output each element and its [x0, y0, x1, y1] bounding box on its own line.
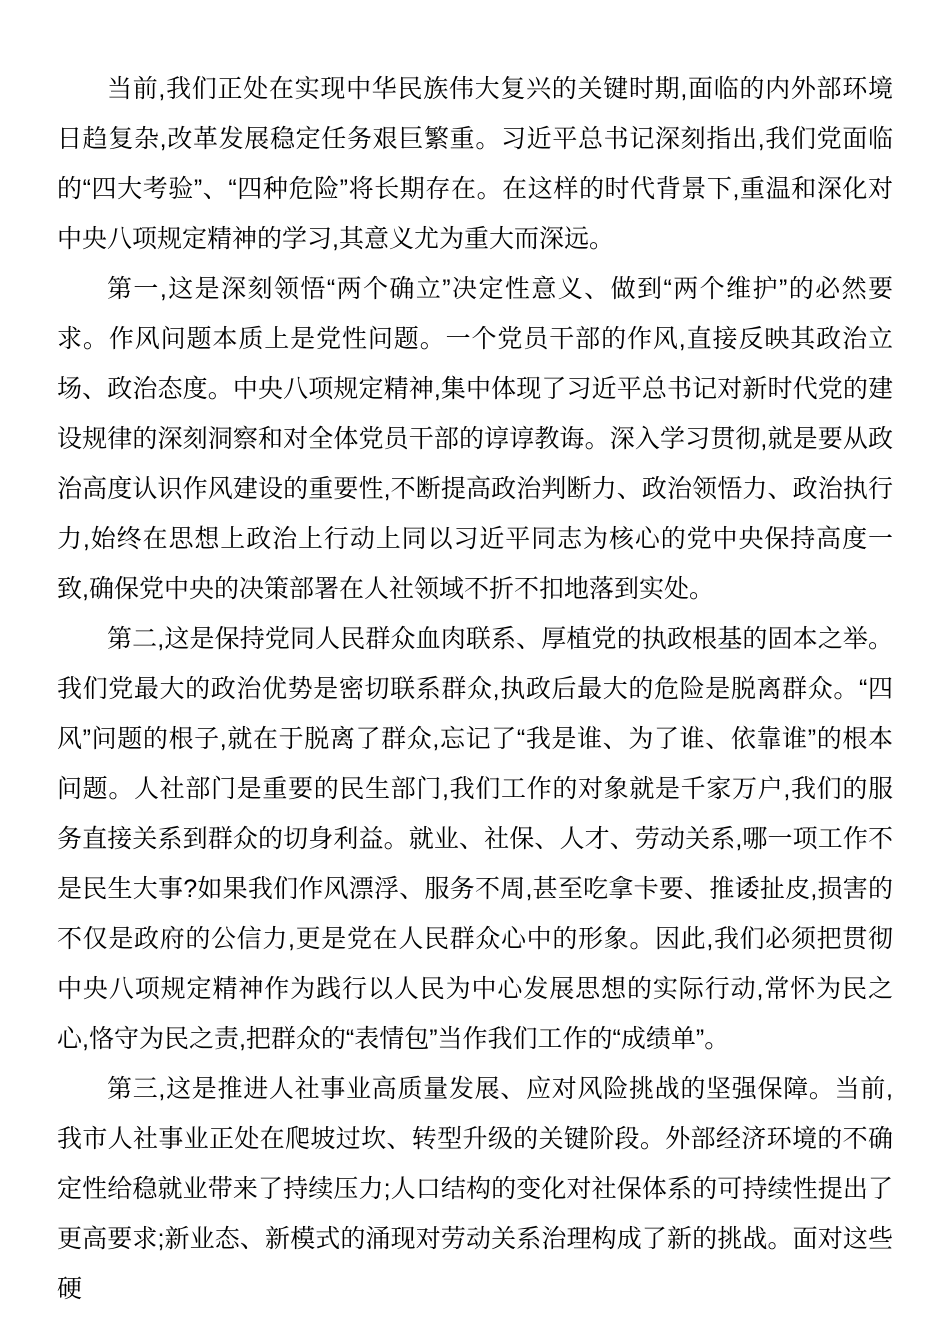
- paragraph-2: 第一,这是深刻领悟“两个确立”决定性意义、做到“两个维护”的必然要求。作风问题本…: [57, 264, 893, 614]
- paragraph-1: 当前,我们正处在实现中华民族伟大复兴的关键时期,面临的内外部环境日趋复杂,改革发…: [57, 64, 893, 264]
- paragraph-4: 第三,这是推进人社事业高质量发展、应对风险挑战的坚强保障。当前,我市人社事业正处…: [57, 1064, 893, 1314]
- document-body: 当前,我们正处在实现中华民族伟大复兴的关键时期,面临的内外部环境日趋复杂,改革发…: [57, 64, 893, 1314]
- document-page: 当前,我们正处在实现中华民族伟大复兴的关键时期,面临的内外部环境日趋复杂,改革发…: [0, 0, 950, 1344]
- paragraph-3: 第二,这是保持党同人民群众血肉联系、厚植党的执政根基的固本之举。我们党最大的政治…: [57, 614, 893, 1064]
